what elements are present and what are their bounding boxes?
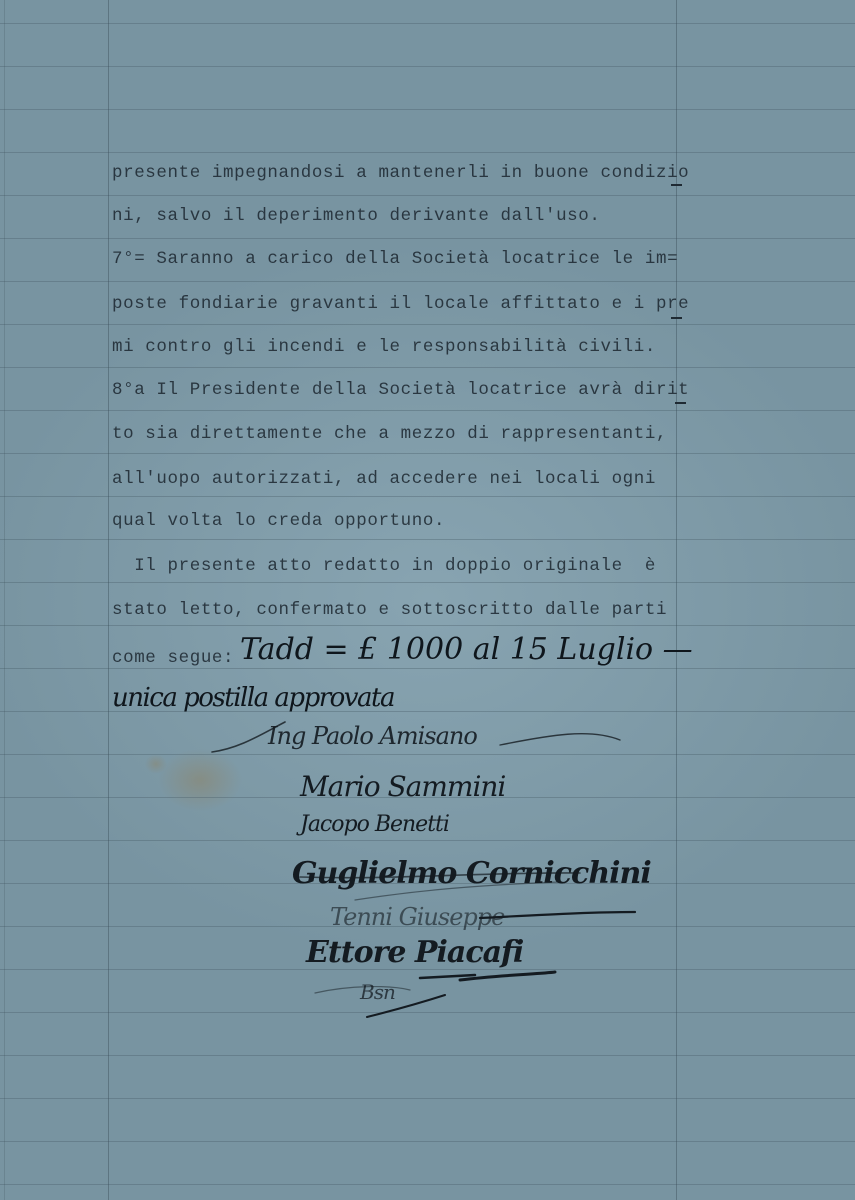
signature-2: Mario Sammini bbox=[300, 770, 505, 803]
typed-line-6: 8°a Il Presidente della Società locatric… bbox=[112, 380, 689, 400]
typed-line-11: stato letto, confermato e sottoscritto d… bbox=[112, 600, 667, 620]
ruled-line bbox=[0, 410, 855, 411]
ruled-line bbox=[0, 1141, 855, 1142]
document-page: presente impegnandosi a mantenerli in bu… bbox=[0, 0, 855, 1200]
typed-line-2: ni, salvo il deperimento derivante dall'… bbox=[112, 206, 600, 226]
typed-line-1: presente impegnandosi a mantenerli in bu… bbox=[112, 163, 689, 183]
typed-line-10: Il presente atto redatto in doppio origi… bbox=[112, 556, 656, 576]
signature-7: Bsn bbox=[360, 980, 395, 1004]
signature-3: Jacopo Benetti bbox=[300, 812, 449, 837]
ruled-line bbox=[0, 754, 855, 755]
ruled-line bbox=[0, 1055, 855, 1056]
ruled-line bbox=[0, 23, 855, 24]
ruled-line bbox=[0, 453, 855, 454]
ruled-line bbox=[0, 582, 855, 583]
ruled-line bbox=[0, 668, 855, 669]
page-edge-line bbox=[4, 0, 5, 1200]
ruled-line bbox=[0, 195, 855, 196]
left-margin-line bbox=[108, 0, 109, 1200]
ruled-line bbox=[0, 152, 855, 153]
typed-line-4: poste fondiarie gravanti il locale affit… bbox=[112, 294, 689, 314]
ruled-line bbox=[0, 281, 855, 282]
handwritten-annotation-line-2: unica postilla approvata bbox=[112, 683, 394, 713]
ruled-line bbox=[0, 496, 855, 497]
ruled-line bbox=[0, 840, 855, 841]
typed-line-9: qual volta lo creda opportuno. bbox=[112, 511, 445, 531]
typed-line-7: to sia direttamente che a mezzo di rappr… bbox=[112, 424, 667, 444]
underline-mark bbox=[671, 184, 682, 186]
signature-1: Ing Paolo Amisano bbox=[268, 722, 477, 750]
ruled-line bbox=[0, 625, 855, 626]
underline-mark bbox=[671, 317, 682, 319]
typed-line-8: all'uopo autorizzati, ad accedere nei lo… bbox=[112, 469, 656, 489]
typed-line-5: mi contro gli incendi e le responsabilit… bbox=[112, 337, 656, 357]
underline-mark bbox=[675, 402, 686, 404]
typed-line-12: come segue: bbox=[112, 648, 234, 668]
ruled-line bbox=[0, 66, 855, 67]
handwritten-annotation-line-1: Tadd = £ 1000 al 15 Luglio — bbox=[240, 632, 693, 667]
ruled-line bbox=[0, 238, 855, 239]
ruled-line bbox=[0, 1098, 855, 1099]
typed-line-3: 7°= Saranno a carico della Società locat… bbox=[112, 249, 678, 269]
signature-5: Tenni Giuseppe bbox=[330, 903, 504, 931]
ruled-line bbox=[0, 539, 855, 540]
ruled-line bbox=[0, 1012, 855, 1013]
ruled-line bbox=[0, 109, 855, 110]
ruled-line bbox=[0, 1184, 855, 1185]
signature-4: Guglielmo Cornicchini bbox=[292, 856, 651, 891]
signature-6: Ettore Piacafi bbox=[306, 935, 523, 970]
ruled-line bbox=[0, 367, 855, 368]
ruled-line bbox=[0, 324, 855, 325]
